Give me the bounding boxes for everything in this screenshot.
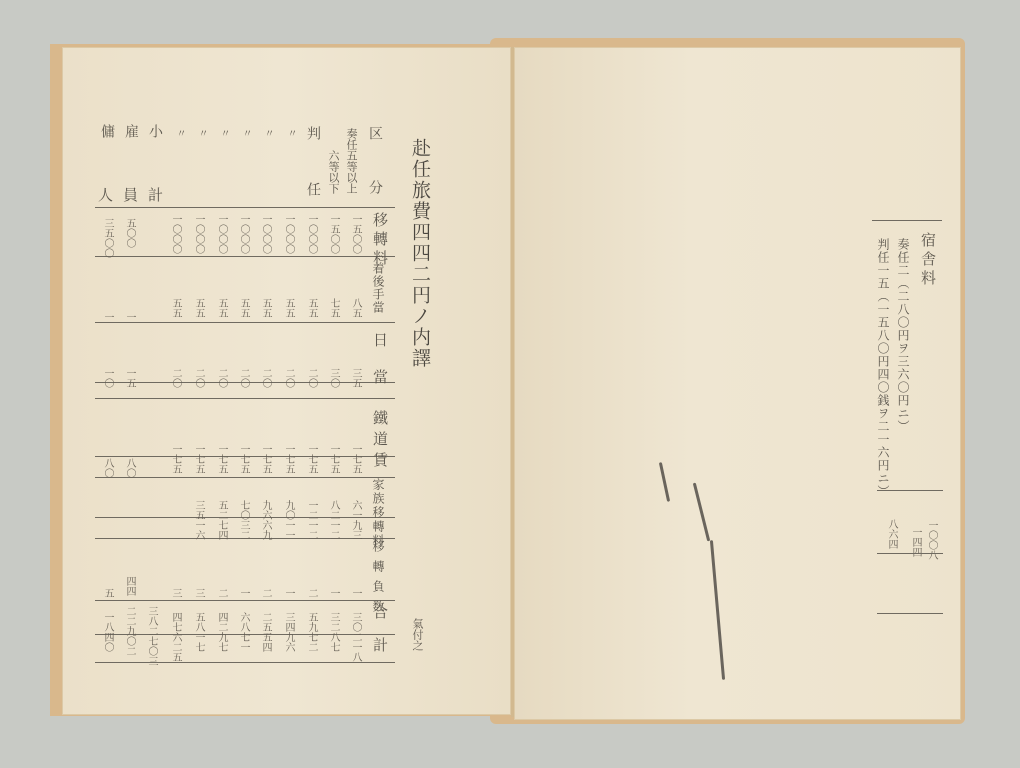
cell: 五 (102, 588, 112, 598)
table-rule (95, 398, 395, 399)
cell: 五五 (260, 298, 270, 318)
column-label-nitto: 日當 (372, 332, 387, 406)
right-line-hannin: 判任一五（一五八〇円四〇銭ヲ二一六円ニ） (877, 238, 889, 498)
cell: 五五 (283, 298, 293, 318)
cell: 七五 (328, 298, 338, 318)
cell: 二〇 (170, 368, 180, 388)
cell: 二〇 (238, 368, 248, 388)
section-rule (877, 553, 943, 554)
cell: 一〇〇〇 (283, 214, 293, 254)
cell: 五五 (238, 298, 248, 318)
cell: 一七五 (306, 444, 316, 474)
cell: 四四 (124, 576, 134, 596)
cell: 八〇 (124, 458, 134, 478)
cell: 一八四〇 (102, 612, 112, 652)
cell: 五〇〇 (124, 218, 134, 248)
cell: 六八七一 (238, 612, 248, 652)
repeat-mark: 〃 (174, 128, 184, 138)
cell: 二〇 (306, 368, 316, 388)
cell: 六一九三 (350, 500, 360, 540)
cell: 一五 (124, 368, 134, 388)
section-rule (872, 220, 942, 221)
label-yatoi: 雇 (124, 124, 138, 144)
cell: 一七五 (170, 444, 180, 474)
column-label-chakugo: 着後手當 (372, 262, 384, 314)
column-label-iten: 移轉料 (372, 212, 387, 269)
label-sonin-lower: 六等以下 (328, 150, 339, 194)
cell: 二〇 (193, 368, 203, 388)
right-page (514, 47, 961, 720)
right-total: 八六四 (886, 519, 896, 549)
label-kozukai: 小 (148, 124, 162, 144)
margin-annotation: 氣付之 (412, 618, 423, 651)
cell: 二 (306, 588, 316, 598)
table-rule (95, 477, 395, 478)
label-yonin: 傭 (100, 124, 114, 144)
cell: 三五一六 (193, 500, 203, 540)
cell: 八〇 (102, 458, 112, 478)
cell: 一〇〇〇 (306, 214, 316, 254)
repeat-mark: 〃 (285, 128, 295, 138)
cell: 一 (238, 588, 248, 598)
table-rule (95, 256, 395, 257)
cell: 一七五 (238, 444, 248, 474)
cell: 二 (260, 588, 270, 598)
cell: 三八二七〇三 (146, 606, 156, 666)
repeat-mark: 〃 (262, 128, 272, 138)
cell: 八二一二 (328, 500, 338, 540)
cell: 二 (216, 588, 226, 598)
cell: 一七五 (283, 444, 293, 474)
cell: 二二九〇二 (124, 606, 134, 656)
book-gutter (511, 47, 514, 717)
label-sonin: 奏任五等以上 (346, 128, 357, 194)
cell: 三 (170, 588, 180, 598)
cell: 四七六二五 (170, 612, 180, 662)
cell: 三五〇〇 (102, 218, 112, 258)
cell: 二〇 (283, 368, 293, 388)
cell: 一五〇〇 (328, 214, 338, 254)
label-headcount-total: 人員計 (98, 184, 173, 205)
repeat-mark: 〃 (240, 128, 250, 138)
cell: 五八一七 (193, 612, 203, 652)
table-rule (95, 662, 395, 663)
cell: 一二一二 (306, 500, 316, 540)
cell: 五五 (193, 298, 203, 318)
cell: 一〇〇〇 (170, 214, 180, 254)
column-label-tetsudo: 鐵道賃 (372, 410, 387, 473)
document-title: 赴任旅費四四二円ノ内譯 (410, 138, 429, 369)
cell: 三四九六 (283, 612, 293, 652)
table-rule (95, 600, 395, 601)
column-label-total: 合計 (372, 604, 387, 670)
cell: 五二七四 (216, 500, 226, 540)
cell: 一五〇〇 (350, 214, 360, 254)
cell: 五五 (216, 298, 226, 318)
cell: 一〇〇〇 (238, 214, 248, 254)
cell: 一七五 (216, 444, 226, 474)
table-rule (95, 322, 395, 323)
cell: 二〇 (216, 368, 226, 388)
cell: 二〇 (260, 368, 270, 388)
cell: 八五 (350, 298, 360, 318)
right-heading: 宿舎料 (920, 232, 935, 289)
section-rule (877, 613, 943, 614)
cell: 一〇〇〇 (216, 214, 226, 254)
table-rule (95, 207, 395, 208)
right-total: 一〇〇八 (926, 520, 936, 560)
repeat-mark: 〃 (218, 128, 228, 138)
cell: 七〇三二 (238, 500, 248, 540)
cell: 三 (193, 588, 203, 598)
cell: 一 (102, 312, 112, 322)
cell: 一 (283, 588, 293, 598)
cell: 三二八七 (328, 612, 338, 652)
cell: 一〇〇〇 (260, 214, 270, 254)
cell: 四二九七 (216, 612, 226, 652)
cell: 九〇一一 (283, 500, 293, 540)
cell: 一 (350, 588, 360, 598)
cell: 一〇〇〇 (193, 214, 203, 254)
cell: 五五 (170, 298, 180, 318)
repeat-mark: 〃 (196, 128, 206, 138)
cell: 三〇二一八 (350, 612, 360, 662)
cell: 一〇 (102, 368, 112, 388)
label-category: 区分 (368, 126, 382, 206)
cell: 二五五四 (260, 612, 270, 652)
cell: 五五 (306, 298, 316, 318)
cell: 一七五 (350, 444, 360, 474)
cell: 五九七二 (306, 612, 316, 652)
cell: 一七五 (193, 444, 203, 474)
cell: 三〇 (328, 368, 338, 388)
column-label-kazoku: 家族移轉料 (372, 478, 384, 548)
cell: 一 (328, 588, 338, 598)
cell: 一七五 (328, 444, 338, 474)
cell: 三五 (350, 368, 360, 388)
cell: 九六六九 (260, 500, 270, 540)
cell: 一七五 (260, 444, 270, 474)
cell: 一 (124, 312, 134, 322)
right-line-sonin: 奏任二（二八〇円ヲ三六〇円ニ） (897, 238, 909, 433)
section-rule (877, 490, 943, 491)
